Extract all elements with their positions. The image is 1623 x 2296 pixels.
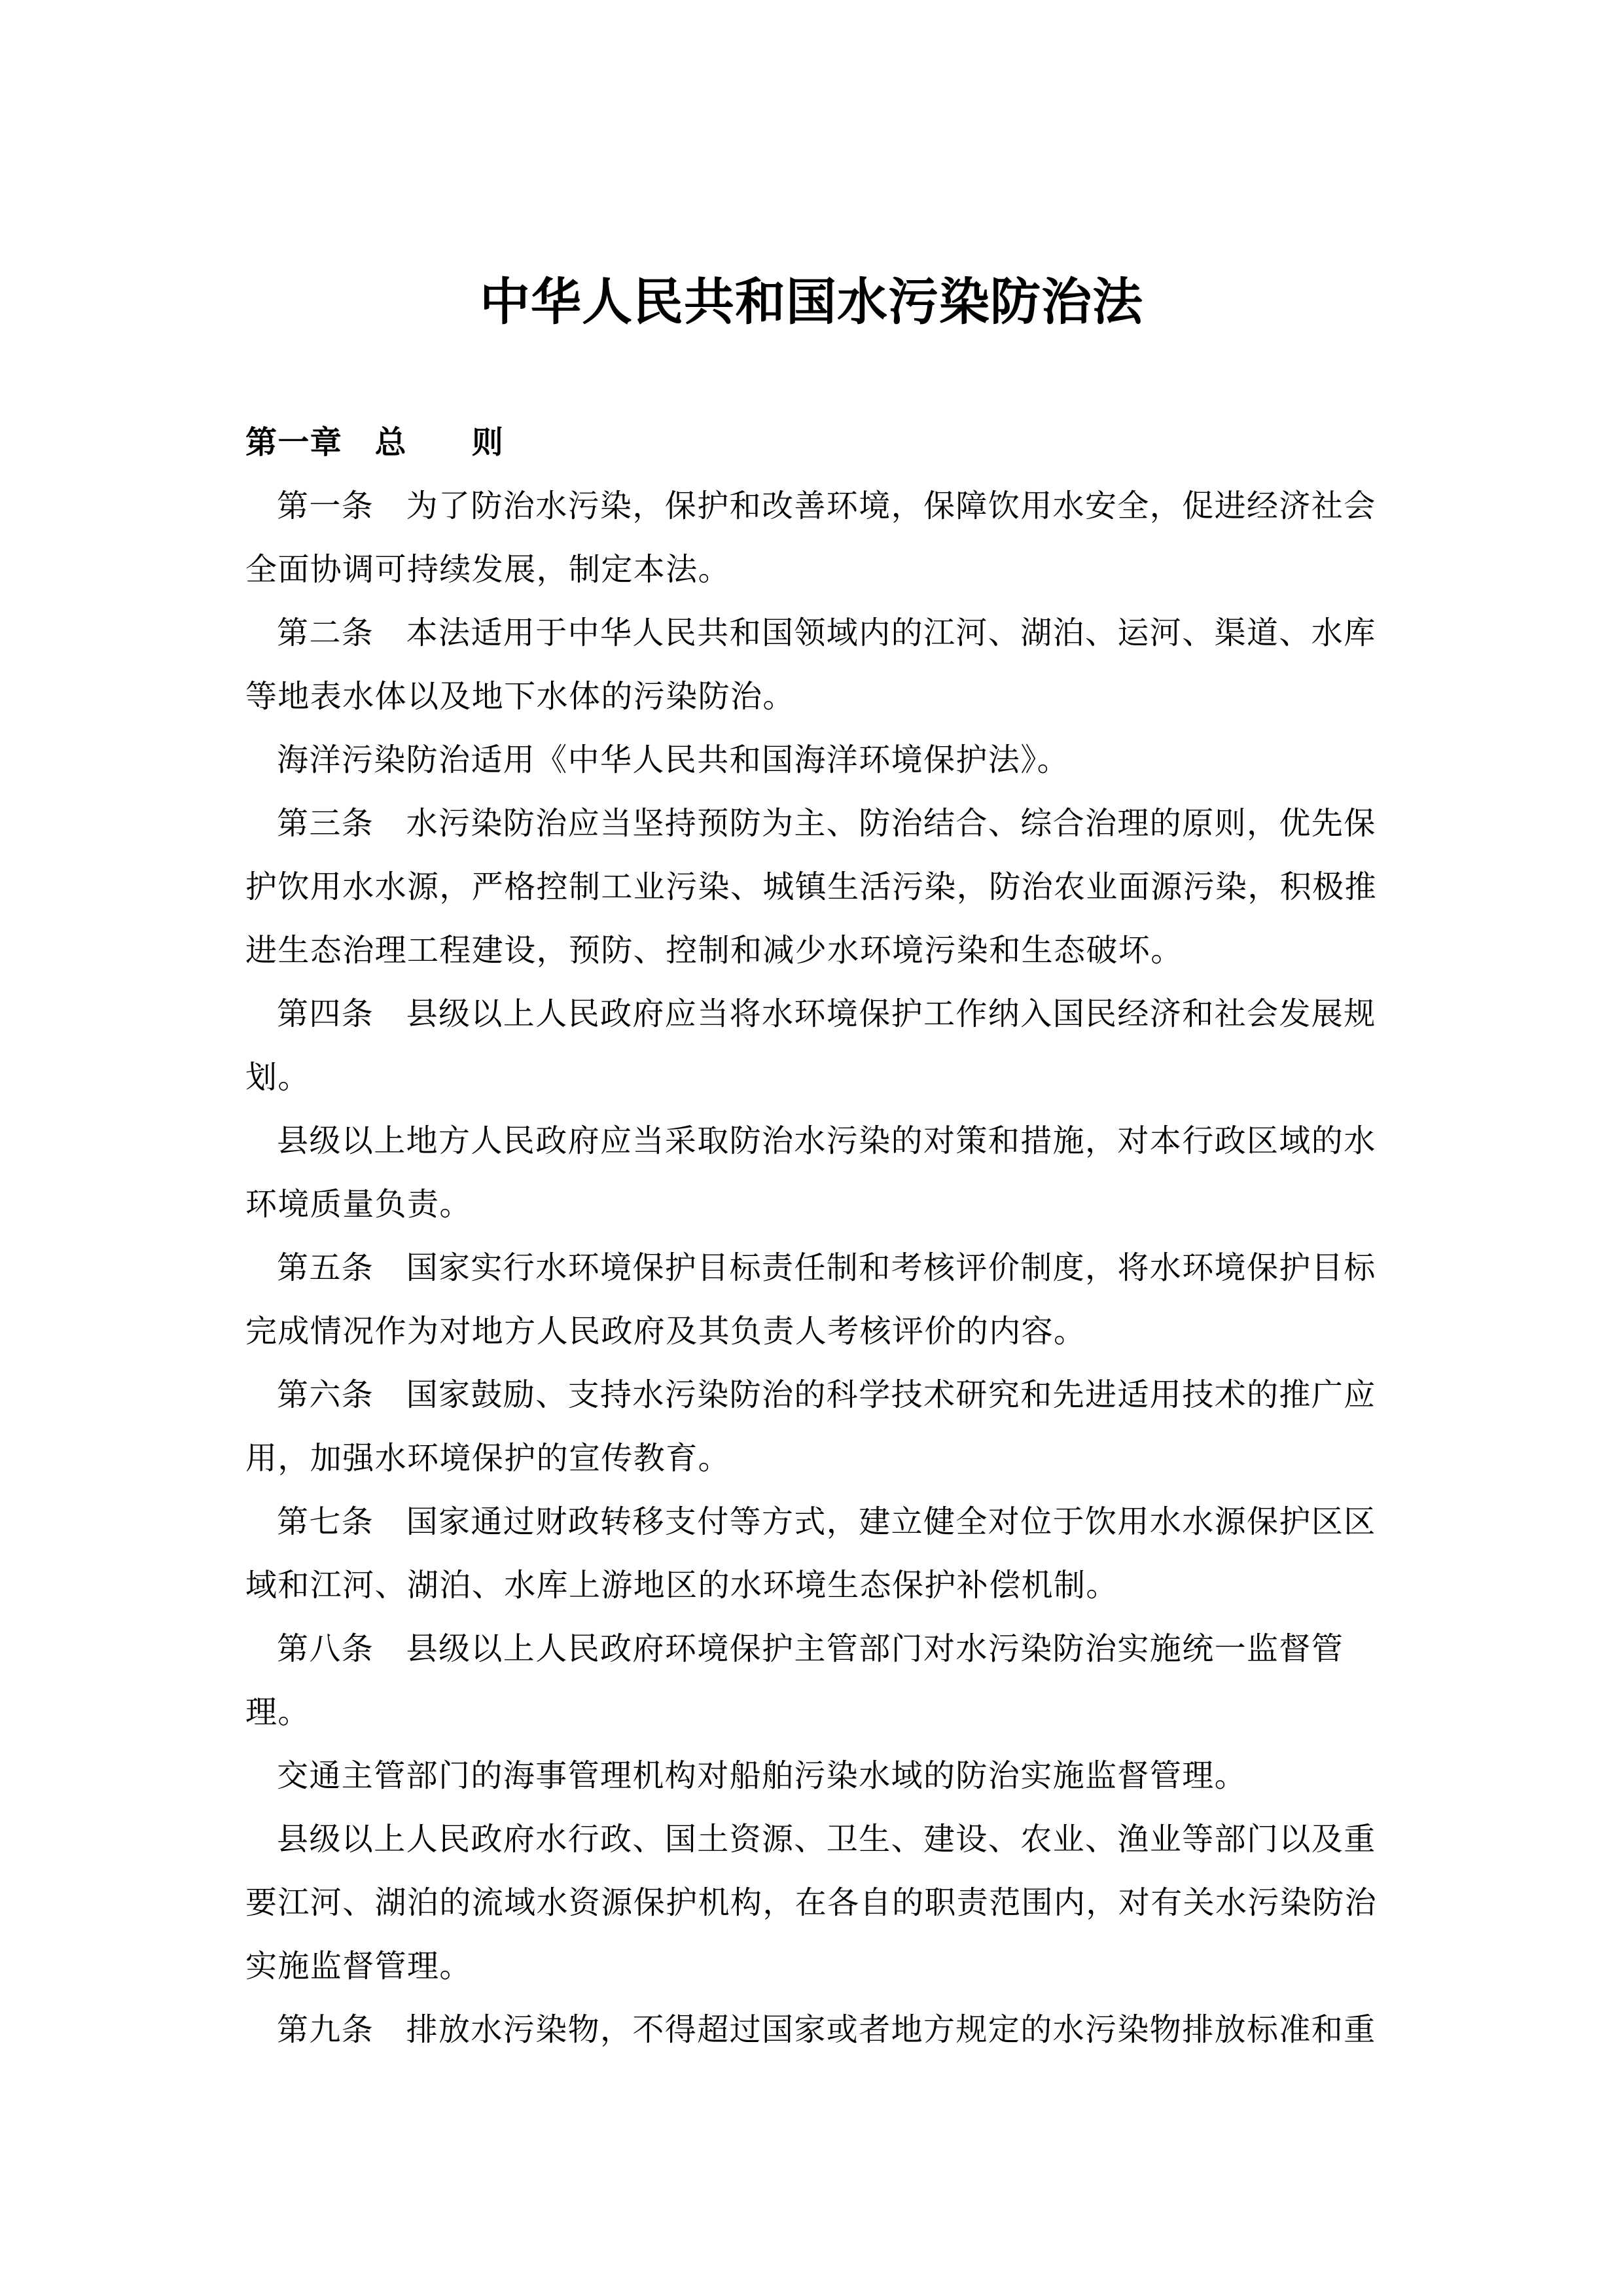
paragraph-7: 第五条 国家实行水环境保护目标责任制和考核评价制度，将水环境保护目标完成情况作为…: [245, 1236, 1378, 1363]
paragraph-5: 第四条 县级以上人民政府应当将水环境保护工作纳入国民经济和社会发展规划。: [245, 982, 1378, 1109]
paragraph-6: 县级以上地方人民政府应当采取防治水污染的对策和措施，对本行政区域的水环境质量负责…: [245, 1109, 1378, 1236]
paragraph-3: 海洋污染防治适用《中华人民共和国海洋环境保护法》。: [245, 728, 1378, 792]
paragraph-8: 第六条 国家鼓励、支持水污染防治的科学技术研究和先进适用技术的推广应用，加强水环…: [245, 1363, 1378, 1490]
paragraph-4: 第三条 水污染防治应当坚持预防为主、防治结合、综合治理的原则，优先保护饮用水水源…: [245, 792, 1378, 982]
paragraph-9: 第七条 国家通过财政转移支付等方式，建立健全对位于饮用水水源保护区区域和江河、湖…: [245, 1490, 1378, 1617]
paragraph-2: 第二条 本法适用于中华人民共和国领域内的江河、湖泊、运河、渠道、水库等地表水体以…: [245, 601, 1378, 728]
paragraph-13: 第九条 排放水污染物，不得超过国家或者地方规定的水污染物排放标准和重: [245, 1998, 1378, 2062]
paragraph-1: 第一条 为了防治水污染，保护和改善环境，保障饮用水安全，促进经济社会全面协调可持…: [245, 475, 1378, 601]
chapter-heading: 第一章 总 则: [245, 411, 1378, 475]
paragraph-10: 第八条 县级以上人民政府环境保护主管部门对水污染防治实施统一监督管理。: [245, 1617, 1378, 1744]
document-page: 中华人民共和国水污染防治法 第一章 总 则 第一条 为了防治水污染，保护和改善环…: [0, 0, 1623, 2296]
paragraph-12: 县级以上人民政府水行政、国土资源、卫生、建设、农业、渔业等部门以及重要江河、湖泊…: [245, 1808, 1378, 1998]
paragraph-11: 交通主管部门的海事管理机构对船舶污染水域的防治实施监督管理。: [245, 1744, 1378, 1808]
document-title: 中华人民共和国水污染防治法: [245, 264, 1378, 341]
